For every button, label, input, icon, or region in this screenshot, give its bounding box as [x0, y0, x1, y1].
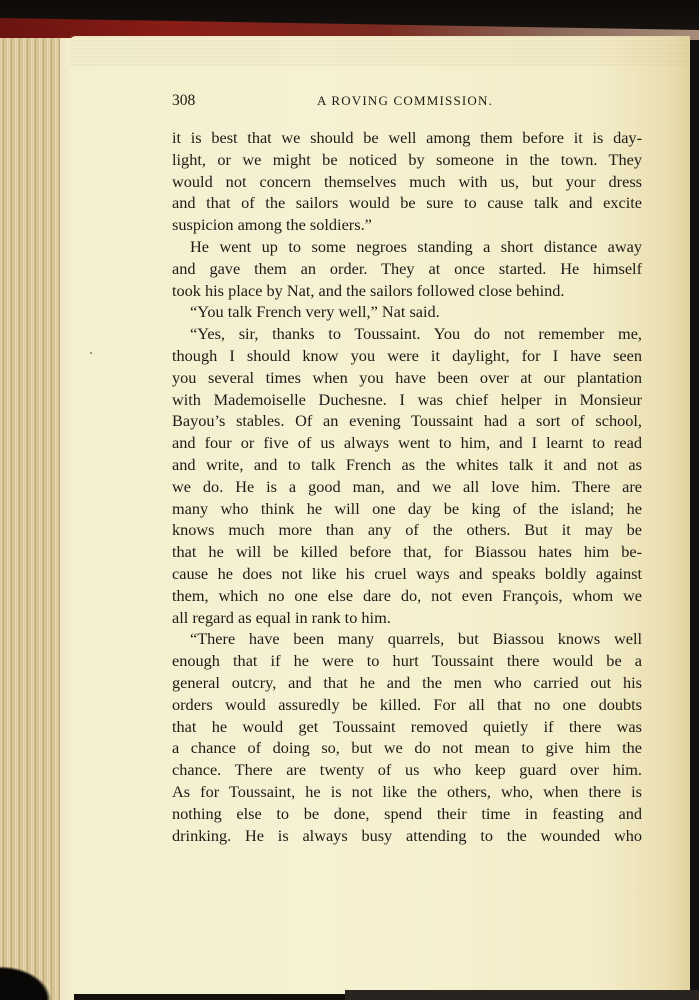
page-number: 308 — [172, 92, 195, 110]
text-line: with Mademoiselle Duchesne. I was chief … — [172, 389, 642, 411]
text-line: nothing else to be done, spend their tim… — [172, 803, 642, 825]
text-line: “You talk French very well,” Nat said. — [172, 301, 642, 323]
text-line: knows much more than any of the others. … — [172, 519, 642, 541]
text-line: that he will be killed before that, for … — [172, 541, 642, 563]
text-line: enough that if he were to hurt Toussaint… — [172, 650, 642, 672]
text-line: you several times when you have been ove… — [172, 367, 642, 389]
text-line: “There have been many quarrels, but Bias… — [172, 628, 642, 650]
text-line: many who think he will one day be king o… — [172, 498, 642, 520]
text-line: though I should know you were it dayligh… — [172, 345, 642, 367]
text-line: we do. He is a good man, and we all love… — [172, 476, 642, 498]
text-line: general outcry, and that he and the men … — [172, 672, 642, 694]
text-line: orders would assuredly be killed. For al… — [172, 694, 642, 716]
bottom-shadow — [0, 960, 60, 1000]
running-head: 308 A ROVING COMMISSION. — [172, 92, 642, 112]
text-line: that he would get Toussaint removed quie… — [172, 716, 642, 738]
text-line: them, which no one else dare do, not eve… — [172, 585, 642, 607]
text-line: and write, and to talk French as the whi… — [172, 454, 642, 476]
text-line: chance. There are twenty of us who keep … — [172, 759, 642, 781]
text-line: suspicion among the soldiers.” — [172, 214, 642, 236]
text-line: drinking. He is always busy attending to… — [172, 825, 642, 847]
running-title: A ROVING COMMISSION. — [317, 93, 493, 109]
text-line: it is best that we should be well among … — [172, 127, 642, 149]
text-line: light, or we might be noticed by someone… — [172, 149, 642, 171]
text-line: He went up to some negroes standing a sh… — [172, 236, 642, 258]
text-line: all regard as equal in rank to him. — [172, 607, 642, 629]
text-line: Bayou’s stables. Of an evening Toussaint… — [172, 410, 642, 432]
text-line: “Yes, sir, thanks to Toussaint. You do n… — [172, 323, 642, 345]
text-line: would not concern themselves much with u… — [172, 171, 642, 193]
paper-speck — [90, 352, 92, 354]
text-line: a chance of doing so, but we do not mean… — [172, 737, 642, 759]
text-line: and four or five of us always went to hi… — [172, 432, 642, 454]
text-line: and that of the sailors would be sure to… — [172, 192, 642, 214]
text-line: cause he does not like his cruel ways an… — [172, 563, 642, 585]
text-line: took his place by Nat, and the sailors f… — [172, 280, 642, 302]
text-line: and gave them an order. They at once sta… — [172, 258, 642, 280]
text-line: As for Toussaint, he is not like the oth… — [172, 781, 642, 803]
bottom-cover-strip — [345, 990, 699, 1000]
body-text: it is best that we should be well among … — [172, 127, 642, 846]
page-edges-stack — [0, 38, 74, 1000]
